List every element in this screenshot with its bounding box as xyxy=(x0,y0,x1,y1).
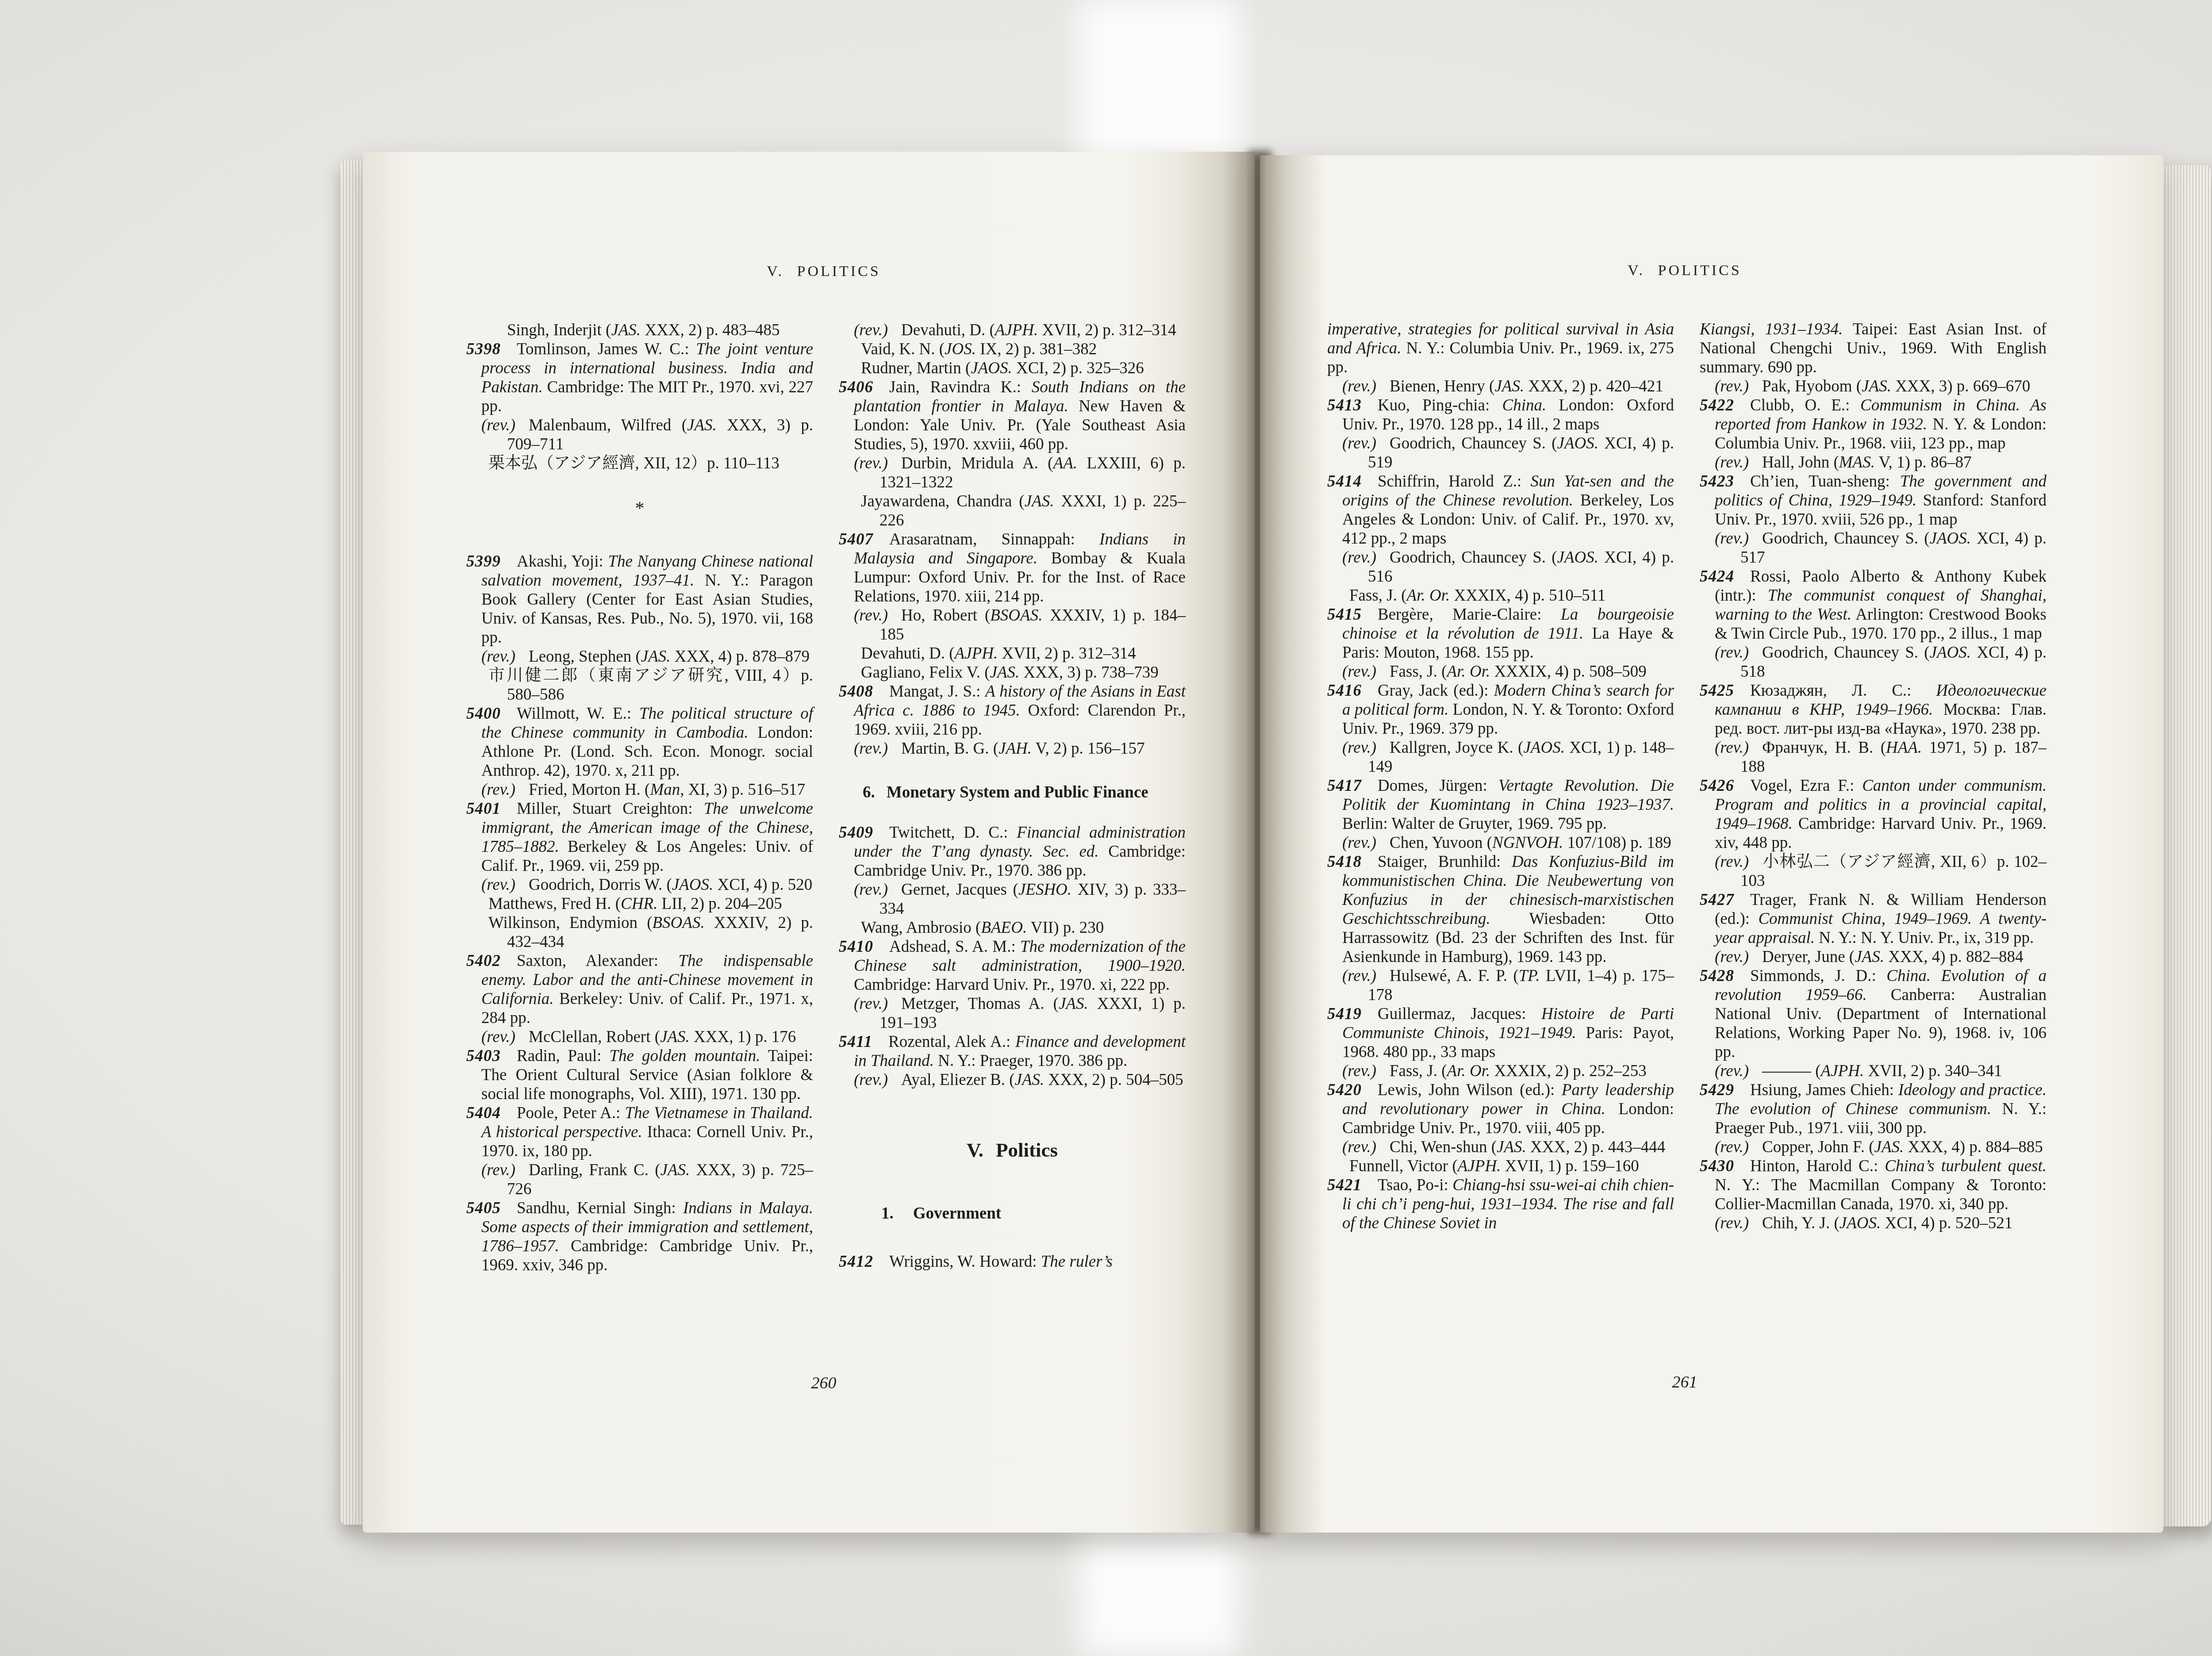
text-segment: JAOS. xyxy=(1557,548,1599,567)
text-segment: Man xyxy=(650,781,680,799)
text-segment: VII) p. 230 xyxy=(1027,919,1104,937)
text-segment: LII, 2) p. 204–205 xyxy=(657,895,782,913)
text-segment: China’s turbulent quest. xyxy=(1885,1157,2047,1175)
text-segment: XCI, 4) p. 520–521 xyxy=(1881,1214,2012,1232)
text-segment: AJPH. xyxy=(995,321,1038,339)
text-segment: Gagliano, Felix V. ( xyxy=(861,663,990,682)
text-segment: Kallgren, Joyce K. ( xyxy=(1390,739,1523,757)
bibliography-entry: 5421Tsao, Po-i: Chiang-hsi ssu-wei-ai ch… xyxy=(1327,1176,1674,1233)
text-segment: Goodrich, Chauncey S. ( xyxy=(1762,529,1930,548)
review-label: (rev.) xyxy=(1342,434,1376,452)
review-citation: (rev.)Leong, Stephen (JAS. XXX, 4) p. 87… xyxy=(466,647,813,666)
review-label: (rev.) xyxy=(481,648,515,666)
text-segment: China. xyxy=(1502,396,1547,414)
text-segment: Vaid, K. N. ( xyxy=(861,340,945,358)
right-page-stack-edge xyxy=(2156,165,2211,1526)
text-segment: XXX, 2) p. 504–505 xyxy=(1044,1071,1183,1089)
text-segment: Devahuti, D. ( xyxy=(861,644,955,663)
text-segment: Bergère, Marie-Claire: xyxy=(1378,606,1561,624)
text-segment: Guillermaz, Jacques: xyxy=(1378,1005,1541,1023)
review-label: (rev.) xyxy=(1342,967,1376,985)
text-segment: XXXIX, 4) p. 508–509 xyxy=(1490,663,1647,681)
review-citation: (rev.)Goodrich, Chauncey S. (JAOS. XCI, … xyxy=(1327,548,1674,586)
text-segment: Twitchett, D. C.: xyxy=(889,824,1017,842)
text-segment: Франчук, Н. В. ( xyxy=(1762,739,1886,757)
bibliography-entry: 5425Кюзаджян, Л. С.: Идеологические камп… xyxy=(1700,681,2047,738)
text-segment: Ho, Robert ( xyxy=(901,606,990,625)
text-segment: MAS. xyxy=(1839,453,1875,471)
entry-number: 5414 xyxy=(1327,472,1362,491)
text-segment: Poole, Peter A.: xyxy=(517,1104,625,1122)
bibliography-entry: 5398Tomlinson, James W. C.: The joint ve… xyxy=(466,340,813,416)
entry-number: 5423 xyxy=(1700,472,1734,491)
entry-number: 5403 xyxy=(466,1047,501,1065)
running-header: V. POLITICS xyxy=(1325,262,2044,279)
review-label: (rev.) xyxy=(1342,739,1376,757)
bibliography-entry: 5413Kuo, Ping-chia: China. London: Oxfor… xyxy=(1327,396,1674,434)
entry-number: 5419 xyxy=(1327,1005,1362,1023)
text-column-left: Singh, Inderjit (JAS. XXX, 2) p. 483–485… xyxy=(466,321,813,1369)
text-segment: Goodrich, Chauncey S. ( xyxy=(1390,434,1557,452)
text-segment: Devahuti, D. ( xyxy=(901,321,995,339)
review-citation: (rev.)Chen, Yuvoon (NGNVOH. 107/108) p. … xyxy=(1327,833,1674,852)
text-segment: JAS. xyxy=(641,648,671,666)
review-label: (rev.) xyxy=(1342,1138,1376,1156)
entry-number: 5411 xyxy=(839,1033,872,1051)
review-citation: (rev.)Bienen, Henry (JAS. XXX, 2) p. 420… xyxy=(1327,377,1674,396)
text-segment: Jain, Ravindra K.: xyxy=(889,378,1032,396)
chapter-heading: V.Politics xyxy=(839,1141,1186,1160)
entry-number: 5401 xyxy=(466,800,501,818)
text-segment: XXXIX, 4) p. 510–511 xyxy=(1450,586,1605,605)
text-segment: Ch’ien, Tuan-sheng: xyxy=(1750,472,1900,491)
text-segment: XXX, 3) p. 738–739 xyxy=(1019,663,1158,682)
entry-number: 5402 xyxy=(466,952,501,970)
review-citation: (rev.)Fried, Morton H. (Man, XI, 3) p. 5… xyxy=(466,780,813,799)
entry-number: 5410 xyxy=(839,938,873,956)
bibliography-entry: 5417Domes, Jürgen: Vertagte Revolution. … xyxy=(1327,776,1674,833)
review-label: (rev.) xyxy=(1715,453,1749,471)
bibliography-entry: 5412Wriggins, W. Howard: The ruler’s xyxy=(839,1252,1186,1271)
text-segment: The golden mountain. xyxy=(610,1047,760,1065)
bibliography-entry: 5399Akashi, Yoji: The Nanyang Chinese na… xyxy=(466,552,813,647)
text-segment: * xyxy=(635,498,645,519)
text-segment: Monetary System and Public Finance xyxy=(887,783,1148,801)
text-segment: JAS. xyxy=(660,1028,690,1046)
review-citation: (rev.)Devahuti, D. (AJPH. XVII, 2) p. 31… xyxy=(839,321,1186,340)
text-segment: 小林弘二（アジア經濟, XII, 6）p. 102–103 xyxy=(1740,853,2047,890)
bibliography-entry: 5400Willmott, W. E.: The political struc… xyxy=(466,704,813,780)
text-segment: JAS. xyxy=(1015,1071,1045,1089)
text-segment: JAOS. xyxy=(1523,739,1565,757)
entry-number: 5412 xyxy=(839,1253,873,1271)
running-header: V. POLITICS xyxy=(465,263,1183,280)
bibliography-entry: 5406Jain, Ravindra K.: South Indians on … xyxy=(839,378,1186,454)
review-citation: (rev.)McClellan, Robert (JAS. XXX, 1) p.… xyxy=(466,1027,813,1046)
review-label: (rev.) xyxy=(481,1028,515,1046)
text-segment: Hall, John ( xyxy=(1762,453,1839,471)
entry-number: 5422 xyxy=(1700,396,1734,414)
entry-number: V. xyxy=(967,1139,983,1161)
text-segment: V, 1) p. 86–87 xyxy=(1875,453,1972,471)
text-segment: XCI, 2) p. 325–326 xyxy=(1012,359,1144,377)
entry-number: 1. xyxy=(881,1204,894,1223)
review-citation: Wilkinson, Endymion (BSOAS. XXXIV, 2) p.… xyxy=(466,913,813,951)
review-citation: 市川健二郎（東南アジア研究, VIII, 4）p. 580–586 xyxy=(466,666,813,704)
bibliography-entry: 5423Ch’ien, Tuan-sheng: The government a… xyxy=(1700,472,2047,529)
text-segment: Fass, J. ( xyxy=(1349,586,1407,605)
text-segment: Copper, John F. ( xyxy=(1762,1138,1874,1156)
bibliography-entry: 5416Gray, Jack (ed.): Modern China’s sea… xyxy=(1327,681,1674,738)
bibliography-entry: 5430Hinton, Harold C.: China’s turbulent… xyxy=(1700,1157,2047,1214)
text-segment: JAS. xyxy=(611,321,641,339)
bibliography-entry: 5422Clubb, O. E.: Communism in China. As… xyxy=(1700,396,2047,453)
text-segment: XXXIX, 2) p. 252–253 xyxy=(1490,1062,1647,1080)
review-citation: (rev.)Darling, Frank C. (JAS. XXX, 3) p.… xyxy=(466,1161,813,1199)
text-segment: XVII, 2) p. 340–341 xyxy=(1864,1062,2002,1080)
text-segment: Hsiung, James Chieh: xyxy=(1750,1081,1898,1099)
text-segment: Malenbaum, Wilfred ( xyxy=(529,416,687,434)
review-citation: (rev.)——— (AJPH. XVII, 2) p. 340–341 xyxy=(1700,1062,2047,1081)
review-label: (rev.) xyxy=(1715,948,1749,966)
entry-number: 5427 xyxy=(1700,891,1734,909)
text-segment: Arasaratnam, Sinnappah: xyxy=(889,530,1099,548)
entry-number: 5405 xyxy=(466,1199,501,1217)
bibliography-entry: 5411Rozental, Alek A.: Finance and devel… xyxy=(839,1032,1186,1070)
text-segment: JAOS. xyxy=(672,876,714,894)
text-column-right: Kiangsi, 1931–1934. Taipei: East Asian I… xyxy=(1700,320,2047,1368)
text-segment: Metzger, Thomas A. ( xyxy=(901,995,1059,1013)
entry-number: 5399 xyxy=(466,552,501,571)
text-segment: XXX, 4) p. 882–884 xyxy=(1884,948,2023,966)
entry-number: 5404 xyxy=(466,1104,501,1122)
text-segment: XXX, 2) p. 420–421 xyxy=(1524,377,1663,395)
text-segment: Darling, Frank C. ( xyxy=(529,1161,660,1179)
review-citation: (rev.)Martin, B. G. (JAH. V, 2) p. 156–1… xyxy=(839,739,1186,758)
text-segment: Politics xyxy=(996,1139,1058,1161)
review-label: (rev.) xyxy=(854,1071,888,1089)
text-segment: XXX, 2) p. 483–485 xyxy=(641,321,780,339)
text-segment: XVII, 2) p. 312–314 xyxy=(998,644,1136,663)
book-photo: V. POLITICS Singh, Inderjit (JAS. XXX, 2… xyxy=(0,0,2212,1656)
text-segment: Leong, Stephen ( xyxy=(529,648,641,666)
text-segment: Funnell, Victor ( xyxy=(1349,1157,1458,1175)
separator-asterisk: * xyxy=(466,499,813,518)
text-segment: BAEO. xyxy=(981,919,1027,937)
text-segment: Domes, Jürgen: xyxy=(1378,777,1498,795)
text-segment: Lewis, John Wilson (ed.): xyxy=(1378,1081,1562,1099)
text-segment: JAS. xyxy=(1874,1138,1904,1156)
bibliography-entry: 5407Arasaratnam, Sinnappah: Indians in M… xyxy=(839,530,1186,606)
text-segment: AA. xyxy=(1053,454,1077,472)
review-label: (rev.) xyxy=(854,321,888,339)
text-segment: TP. xyxy=(1519,967,1540,985)
review-label: (rev.) xyxy=(1715,529,1749,548)
text-segment: Deryer, June ( xyxy=(1762,948,1855,966)
text-segment: JAOS. xyxy=(971,359,1012,377)
review-label: (rev.) xyxy=(1715,644,1749,662)
text-segment: Matthews, Fred H. ( xyxy=(488,895,621,913)
bibliography-entry: 5409Twitchett, D. C.: Financial administ… xyxy=(839,823,1186,880)
text-segment: JAS. xyxy=(687,416,717,434)
subsection-heading: 1.Government xyxy=(839,1204,1186,1223)
text-segment: Jayawardena, Chandra ( xyxy=(861,492,1025,510)
text-segment: Ar. Or. xyxy=(1407,586,1450,605)
text-segment: Gernet, Jacques ( xyxy=(901,881,1018,899)
text-segment: Willmott, W. E.: xyxy=(517,705,639,723)
review-citation: Singh, Inderjit (JAS. XXX, 2) p. 483–485 xyxy=(466,321,813,340)
text-segment: The ruler’s xyxy=(1041,1253,1113,1271)
text-segment: Clubb, O. E.: xyxy=(1750,396,1860,414)
text-segment: Goodrich, Dorris W. ( xyxy=(529,876,672,894)
review-label: (rev.) xyxy=(1715,1138,1749,1156)
text-segment: IX, 2) p. 381–382 xyxy=(976,340,1097,358)
text-segment: Tomlinson, James W. C.: xyxy=(517,340,696,358)
text-segment: JAOS. xyxy=(1839,1214,1881,1232)
text-segment: JAS. xyxy=(1494,377,1524,395)
entry-number: 5407 xyxy=(839,530,873,548)
entry-number: 5424 xyxy=(1700,567,1734,586)
review-citation: (rev.)Durbin, Mridula A. (AA. LXXIII, 6)… xyxy=(839,454,1186,492)
text-segment: Bienen, Henry ( xyxy=(1390,377,1494,395)
text-segment: JAS. xyxy=(1497,1138,1526,1156)
text-segment: Akashi, Yoji: xyxy=(517,552,608,571)
text-column-left: imperative, strategies for political sur… xyxy=(1327,320,1674,1368)
entry-number: 5408 xyxy=(839,682,873,701)
review-citation: Rudner, Martin (JAOS. XCI, 2) p. 325–326 xyxy=(839,359,1186,378)
text-segment: AJPH. xyxy=(955,644,998,663)
text-segment: BSOAS. xyxy=(652,914,704,932)
text-segment: Radin, Paul: xyxy=(517,1047,610,1065)
text-segment: Durbin, Mridula A. ( xyxy=(901,454,1053,472)
text-segment: Wilkinson, Endymion ( xyxy=(488,914,652,932)
entry-number: 5428 xyxy=(1700,967,1734,985)
text-segment: Hulsewé, A. F. P. ( xyxy=(1390,967,1519,985)
review-citation: (rev.)Франчук, Н. В. (HAA. 1971, 5) p. 1… xyxy=(1700,738,2047,776)
entry-number: 5409 xyxy=(839,824,873,842)
review-label: (rev.) xyxy=(1342,1062,1376,1080)
review-label: (rev.) xyxy=(854,740,888,758)
review-citation: (rev.)Goodrich, Chauncey S. (JAOS. XCI, … xyxy=(1700,643,2047,681)
text-segment: Ayal, Eliezer B. ( xyxy=(901,1071,1015,1089)
review-label: (rev.) xyxy=(1342,834,1376,852)
text-segment: McClellan, Robert ( xyxy=(529,1028,660,1046)
review-citation: (rev.)Hulsewé, A. F. P. (TP. LVII, 1–4) … xyxy=(1327,966,1674,1004)
review-label: (rev.) xyxy=(854,881,888,899)
bibliography-entry: 5427Trager, Frank N. & William Henderson… xyxy=(1700,890,2047,947)
text-segment: Adshead, S. A. M.: xyxy=(889,938,1020,956)
text-segment: Chi, Wen-shun ( xyxy=(1390,1138,1497,1156)
entry-number: 5398 xyxy=(466,340,501,358)
entry-number: 5420 xyxy=(1327,1081,1362,1099)
text-segment: Sandhu, Kernial Singh: xyxy=(517,1199,683,1217)
review-citation: (rev.)Chi, Wen-shun (JAS. XXX, 2) p. 443… xyxy=(1327,1138,1674,1157)
review-citation: Vaid, K. N. (JOS. IX, 2) p. 381–382 xyxy=(839,340,1186,359)
text-segment: XXX, 1) p. 176 xyxy=(690,1028,796,1046)
text-segment: Hinton, Harold C.: xyxy=(1750,1157,1885,1175)
review-citation: Wang, Ambrosio (BAEO. VII) p. 230 xyxy=(839,918,1186,937)
review-citation: (rev.)Gernet, Jacques (JESHO. XIV, 3) p.… xyxy=(839,880,1186,918)
text-segment: Martin, B. G. ( xyxy=(901,740,998,758)
review-citation: (rev.)Copper, John F. (JAS. XXX, 4) p. 8… xyxy=(1700,1138,2047,1157)
page-number: 260 xyxy=(465,1373,1183,1393)
text-segment: N. Y.: Praeger, 1970. 386 pp. xyxy=(934,1052,1127,1070)
text-segment: HAA. xyxy=(1886,739,1922,757)
bibliography-entry: 5420Lewis, John Wilson (ed.): Party lead… xyxy=(1327,1081,1674,1138)
open-book: V. POLITICS Singh, Inderjit (JAS. XXX, 2… xyxy=(341,148,2212,1541)
entry-number: 5413 xyxy=(1327,396,1362,414)
bibliography-entry: 5419Guillermaz, Jacques: Histoire de Par… xyxy=(1327,1004,1674,1062)
bibliography-entry: 5424Rossi, Paolo Alberto & Anthony Kubek… xyxy=(1700,567,2047,643)
text-segment: Fried, Morton H. ( xyxy=(529,781,650,799)
entry-number: 6. xyxy=(863,783,875,801)
review-citation: Jayawardena, Chandra (JAS. XXXI, 1) p. 2… xyxy=(839,492,1186,530)
text-segment: 107/108) p. 189 xyxy=(1563,834,1671,852)
text-segment: Ar. Or. xyxy=(1447,663,1490,681)
text-segment: BSOAS. xyxy=(990,606,1042,625)
text-segment: JAS. xyxy=(1025,492,1054,510)
text-segment: Chen, Yuvoon ( xyxy=(1390,834,1492,852)
text-segment: Fass, J. ( xyxy=(1390,663,1447,681)
review-label: (rev.) xyxy=(481,1161,515,1179)
page-number: 261 xyxy=(1325,1372,2044,1392)
review-citation: (rev.)Fass, J. (Ar. Or. XXXIX, 4) p. 508… xyxy=(1327,662,1674,681)
bibliography-entry: 5401Miller, Stuart Creighton: The unwelc… xyxy=(466,799,813,875)
text-segment: AJPH. xyxy=(1458,1157,1501,1175)
text-segment: JAOS. xyxy=(1930,529,1971,548)
entry-continuation: Kiangsi, 1931–1934. Taipei: East Asian I… xyxy=(1700,320,2047,377)
text-segment: V, 2) p. 156–157 xyxy=(1032,740,1145,758)
review-label: (rev.) xyxy=(854,995,888,1013)
text-segment: Wriggins, W. Howard: xyxy=(889,1253,1041,1271)
right-page: V. POLITICS imperative, strategies for p… xyxy=(1260,155,2163,1533)
bibliography-entry: 5405Sandhu, Kernial Singh: Indians in Ma… xyxy=(466,1199,813,1275)
text-segment: Government xyxy=(913,1204,1001,1223)
entry-number: 5417 xyxy=(1327,777,1362,795)
text-segment: Fass, J. ( xyxy=(1390,1062,1447,1080)
text-segment: Miller, Stuart Creighton: xyxy=(517,800,704,818)
text-segment: 市川健二郎（東南アジア研究, VIII, 4）p. 580–586 xyxy=(488,667,813,704)
text-segment: N. Y.: The Macmillan Company & Toronto: … xyxy=(1715,1176,2047,1213)
text-segment: Rudner, Martin ( xyxy=(861,359,971,377)
entry-number: 5426 xyxy=(1700,777,1734,795)
text-segment: XCI, 4) p. 520 xyxy=(713,876,812,894)
review-citation: 栗本弘（アジア經濟, XII, 12）p. 110–113 xyxy=(466,454,813,473)
text-segment: Tsao, Po-i: xyxy=(1378,1176,1452,1194)
text-segment: JAS. xyxy=(1862,377,1891,395)
review-citation: (rev.)Ho, Robert (BSOAS. XXXIV, 1) p. 18… xyxy=(839,606,1186,644)
review-citation: Gagliano, Felix V. (JAS. XXX, 3) p. 738–… xyxy=(839,663,1186,682)
text-segment: JOS. xyxy=(945,340,976,358)
text-segment: Vogel, Ezra F.: xyxy=(1750,777,1862,795)
review-label: (rev.) xyxy=(1342,548,1376,567)
review-label: (rev.) xyxy=(1342,663,1376,681)
section-heading: 6.Monetary System and Public Finance xyxy=(839,783,1186,802)
text-segment: XXX, 3) p. 669–670 xyxy=(1891,377,2030,395)
entry-number: 5418 xyxy=(1327,853,1362,871)
entry-number: 5400 xyxy=(466,705,501,723)
bibliography-entry: 5403Radin, Paul: The golden mountain. Ta… xyxy=(466,1046,813,1104)
text-segment: Berlin: Walter de Gruyter, 1969. 795 pp. xyxy=(1342,815,1607,833)
text-segment: Kuo, Ping-chia: xyxy=(1378,396,1502,414)
entry-number: 5406 xyxy=(839,378,873,396)
bibliography-entry: 5410Adshead, S. A. M.: The modernization… xyxy=(839,937,1186,994)
text-segment: N. Y.: N. Y. Univ. Pr., ix, 319 pp. xyxy=(1815,929,2034,947)
entry-number: 5425 xyxy=(1700,682,1734,700)
review-citation: (rev.)Pak, Hyobom (JAS. XXX, 3) p. 669–6… xyxy=(1700,377,2047,396)
text-segment: Schiffrin, Harold Z.: xyxy=(1378,472,1531,491)
text-segment: 栗本弘（アジア經濟, XII, 12）p. 110–113 xyxy=(488,454,780,472)
text-segment: Saxton, Alexander: xyxy=(517,952,678,970)
review-citation: (rev.)Chih, Y. J. (JAOS. XCI, 4) p. 520–… xyxy=(1700,1214,2047,1233)
review-citation: (rev.)小林弘二（アジア經濟, XII, 6）p. 102–103 xyxy=(1700,852,2047,890)
review-label: (rev.) xyxy=(1715,1062,1749,1080)
review-label: (rev.) xyxy=(1715,377,1749,395)
text-segment: XVII, 1) p. 159–160 xyxy=(1501,1157,1639,1175)
review-citation: (rev.)Hall, John (MAS. V, 1) p. 86–87 xyxy=(1700,453,2047,472)
left-page: V. POLITICS Singh, Inderjit (JAS. XXX, 2… xyxy=(363,152,1255,1533)
text-segment: Staiger, Brunhild: xyxy=(1378,853,1512,871)
bibliography-entry: 5408Mangat, J. S.: A history of the Asia… xyxy=(839,682,1186,739)
entry-number: 5430 xyxy=(1700,1157,1734,1175)
review-citation: (rev.)Kallgren, Joyce K. (JAOS. XCI, 1) … xyxy=(1327,738,1674,776)
text-segment: NGNVOH. xyxy=(1492,834,1563,852)
text-segment: Chih, Y. J. ( xyxy=(1762,1214,1839,1232)
text-segment: Gray, Jack (ed.): xyxy=(1378,682,1494,700)
review-label: (rev.) xyxy=(1715,739,1749,757)
review-citation: (rev.)Goodrich, Dorris W. (JAOS. XCI, 4)… xyxy=(466,875,813,894)
text-segment: JAS. xyxy=(1855,948,1884,966)
review-label: (rev.) xyxy=(1715,853,1749,871)
text-segment: XXX, 2) p. 443–444 xyxy=(1526,1138,1665,1156)
text-segment: XXX, 4) p. 878–879 xyxy=(671,648,810,666)
text-segment: JAS. xyxy=(660,1161,690,1179)
text-segment: AJPH. xyxy=(1821,1062,1864,1080)
review-citation: Fass, J. (Ar. Or. XXXIX, 4) p. 510–511 xyxy=(1327,586,1674,605)
review-citation: (rev.)Goodrich, Chauncey S. (JAOS. XCI, … xyxy=(1700,529,2047,567)
text-segment: JAOS. xyxy=(1930,644,1971,662)
text-segment: JAS. xyxy=(990,663,1020,682)
bibliography-entry: 5426Vogel, Ezra F.: Canton under communi… xyxy=(1700,776,2047,852)
text-segment: Kiangsi, 1931–1934. xyxy=(1700,320,1843,338)
review-citation: (rev.)Goodrich, Chauncey S. (JAOS. XCI, … xyxy=(1327,434,1674,472)
entry-number: 5421 xyxy=(1327,1176,1362,1194)
text-segment: XXX, 4) p. 884–885 xyxy=(1904,1138,2043,1156)
text-segment: JAOS. xyxy=(1557,434,1599,452)
review-citation: (rev.)Fass, J. (Ar. Or. XXXIX, 2) p. 252… xyxy=(1327,1062,1674,1081)
review-label: (rev.) xyxy=(1715,1214,1749,1232)
review-label: (rev.) xyxy=(481,781,515,799)
bibliography-entry: 5418Staiger, Brunhild: Das Konfuzius-Bil… xyxy=(1327,852,1674,966)
review-label: (rev.) xyxy=(854,606,888,625)
text-segment: CHR. xyxy=(621,895,657,913)
text-segment: Wang, Ambrosio ( xyxy=(861,919,981,937)
review-label: (rev.) xyxy=(1342,377,1376,395)
bibliography-entry: 5414Schiffrin, Harold Z.: Sun Yat-sen an… xyxy=(1327,472,1674,548)
text-segment: ——— ( xyxy=(1762,1062,1821,1080)
text-column-right: (rev.)Devahuti, D. (AJPH. XVII, 2) p. 31… xyxy=(839,321,1186,1369)
review-label: (rev.) xyxy=(854,454,888,472)
review-citation: Funnell, Victor (AJPH. XVII, 1) p. 159–1… xyxy=(1327,1157,1674,1176)
text-segment: JESHO. xyxy=(1018,881,1071,899)
entry-number: 5415 xyxy=(1327,606,1362,624)
entry-continuation: imperative, strategies for political sur… xyxy=(1327,320,1674,377)
review-label: (rev.) xyxy=(481,416,515,434)
text-segment: , XI, 3) p. 516–517 xyxy=(680,781,805,799)
entry-number: 5429 xyxy=(1700,1081,1734,1099)
text-segment: Pak, Hyobom ( xyxy=(1762,377,1862,395)
text-segment: Кюзаджян, Л. С.: xyxy=(1750,682,1936,700)
